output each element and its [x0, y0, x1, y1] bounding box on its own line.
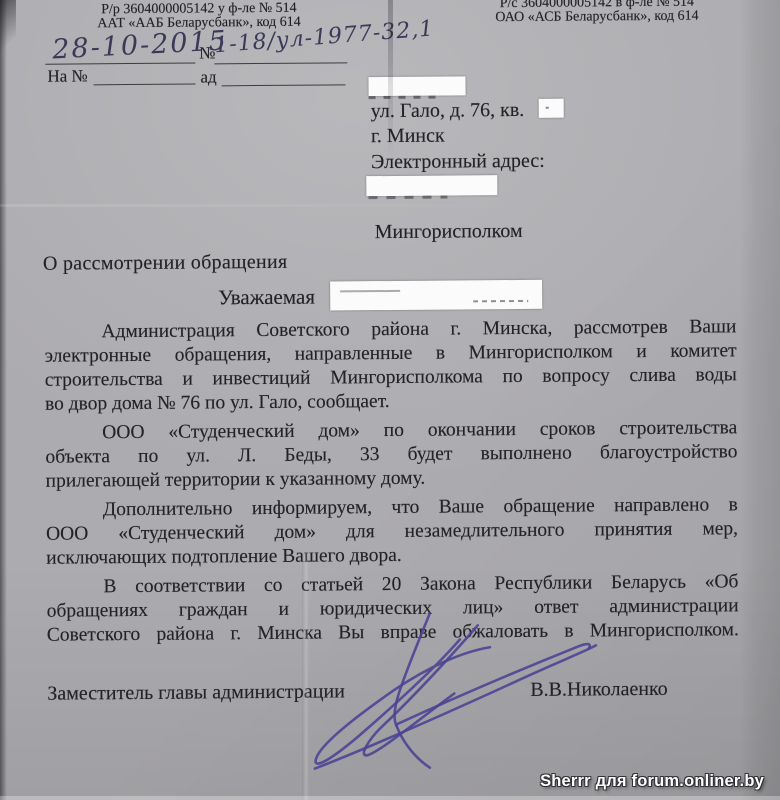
body-line: исключающих подтопление Вашего двора.: [46, 541, 738, 570]
body-line: прилегающей территории к указанному дому…: [46, 464, 738, 493]
scan-corner-top-left: [0, 0, 16, 60]
redaction-recipient-name: [368, 76, 465, 96]
letterhead-right: Р/с 3604000005142 в ф-ле № 514 ОАО «АСБ …: [467, 0, 727, 25]
letter-body: Администрация Советского района г. Минск…: [44, 315, 739, 652]
redaction-email: [366, 175, 497, 196]
recipient-email-label: Электронный адрес:: [371, 149, 545, 175]
redaction-salutation-name: [330, 280, 542, 311]
body-line: во двор дома № 76 по ул. Гало, сообщает.: [45, 387, 737, 416]
paragraph-2: ООО «Студенческий дом» по окончании срок…: [45, 416, 738, 493]
redaction-apartment-number: [539, 99, 564, 118]
forum-watermark: Sherrr для forum.onliner.by: [540, 772, 764, 791]
recipient-address: ул. Гало, д. 76, кв.: [371, 98, 525, 124]
letterhead-right-bank: ОАО «АСБ Беларусбанк», код 614: [467, 9, 727, 25]
from-date-underline: [222, 83, 346, 86]
salutation: Уважаемая: [218, 285, 315, 311]
scanned-letter: Р/р 3604000005142 у ф-ле № 514 ААТ «ААБ …: [0, 0, 780, 800]
from-date-label: ад: [200, 67, 216, 87]
addressee-org: Мингорисполком: [375, 220, 523, 244]
number-label: №: [199, 43, 215, 63]
scan-edge-left: [0, 0, 7, 800]
subject-line: О рассмотрении обращения: [43, 251, 288, 276]
signer-title: Заместитель главы администрации: [47, 680, 345, 705]
paper-crease-right: [740, 0, 780, 800]
paper-crease-top: [388, 0, 393, 160]
paragraph-1: Администрация Советского района г. Минск…: [44, 315, 737, 416]
handwritten-signature: [302, 606, 603, 778]
incoming-number-underline: [94, 83, 196, 86]
recipient-city: г. Минск: [371, 124, 445, 150]
number-underline: [214, 61, 347, 64]
paper-fold-horizontal: [0, 204, 780, 207]
incoming-number-label: На №: [47, 66, 87, 86]
date-underline: [45, 62, 195, 65]
paper-crease-bottom-left: [302, 552, 309, 800]
scan-edge-bottom: [0, 796, 780, 800]
paragraph-3: Дополнительно информируем, что Ваше обра…: [46, 493, 739, 570]
